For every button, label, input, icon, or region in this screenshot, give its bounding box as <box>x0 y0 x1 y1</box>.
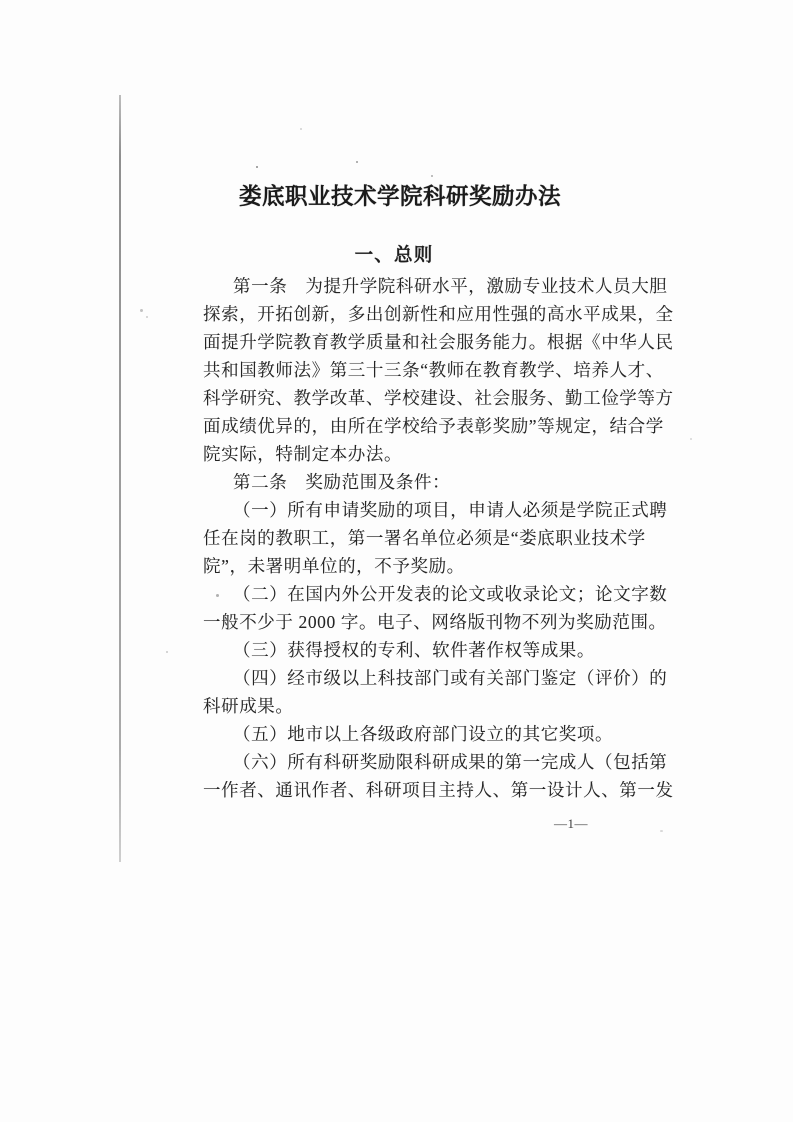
body-line: 科学研究、教学改革、学校建设、社会服务、勤工俭学等方 <box>203 384 673 412</box>
body-line: 第二条 奖励范围及条件： <box>203 468 673 496</box>
body-line: （三）获得授权的专利、软件著作权等成果。 <box>203 636 673 664</box>
scan-speck <box>166 651 168 653</box>
body-line: 科研成果。 <box>203 692 673 720</box>
body-line: （四）经市级以上科技部门或有关部门鉴定（评价）的 <box>203 664 673 692</box>
scan-speck <box>146 316 148 318</box>
section-heading: 一、总则 <box>355 241 434 267</box>
body-line: 面成绩优异的，由所在学校给予表彰奖励”等规定，结合学 <box>203 412 673 440</box>
body-line: （二）在国内外公开发表的论文或收录论文；论文字数 <box>203 580 673 608</box>
scan-speck <box>256 166 258 168</box>
document-body: 第一条 为提升学院科研水平，激励专业技术人员大胆探索，开拓创新，多出创新性和应用… <box>203 272 673 804</box>
body-line: 任在岗的教职工，第一署名单位必须是“娄底职业技术学 <box>203 524 673 552</box>
scan-speck <box>690 438 692 440</box>
scan-speck <box>356 161 358 163</box>
scan-speck <box>431 175 433 177</box>
body-line: 第一条 为提升学院科研水平，激励专业技术人员大胆 <box>203 272 673 300</box>
body-line: 院实际，特制定本办法。 <box>203 440 673 468</box>
body-line: 一作者、通讯作者、科研项目主持人、第一设计人、第一发 <box>203 776 673 804</box>
body-line: （一）所有申请奖励的项目，申请人必须是学院正式聘 <box>203 496 673 524</box>
body-line: 一般不少于 2000 字。电子、网络版刊物不列为奖励范围。 <box>203 608 673 636</box>
body-line: 共和国教师法》第三十三条“教师在教育教学、培养人才、 <box>203 356 673 384</box>
document-title: 娄底职业技术学院科研奖励办法 <box>239 179 561 211</box>
scan-edge-line <box>119 95 121 862</box>
body-line: 面提升学院教育教学质量和社会服务能力。根据《中华人民 <box>203 328 673 356</box>
body-line: 探索，开拓创新，多出创新性和应用性强的高水平成果，全 <box>203 300 673 328</box>
body-line: （五）地市以上各级政府部门设立的其它奖项。 <box>203 720 673 748</box>
body-line: （六）所有科研奖励限科研成果的第一完成人（包括第 <box>203 748 673 776</box>
scan-speck <box>300 128 302 130</box>
scan-speck <box>140 309 143 312</box>
scanned-document-page: 娄底职业技术学院科研奖励办法 一、总则 第一条 为提升学院科研水平，激励专业技术… <box>0 0 793 1122</box>
page-number: —1— <box>554 816 588 832</box>
scan-speck <box>660 830 663 832</box>
body-line: 院”，未署明单位的，不予奖励。 <box>203 552 673 580</box>
